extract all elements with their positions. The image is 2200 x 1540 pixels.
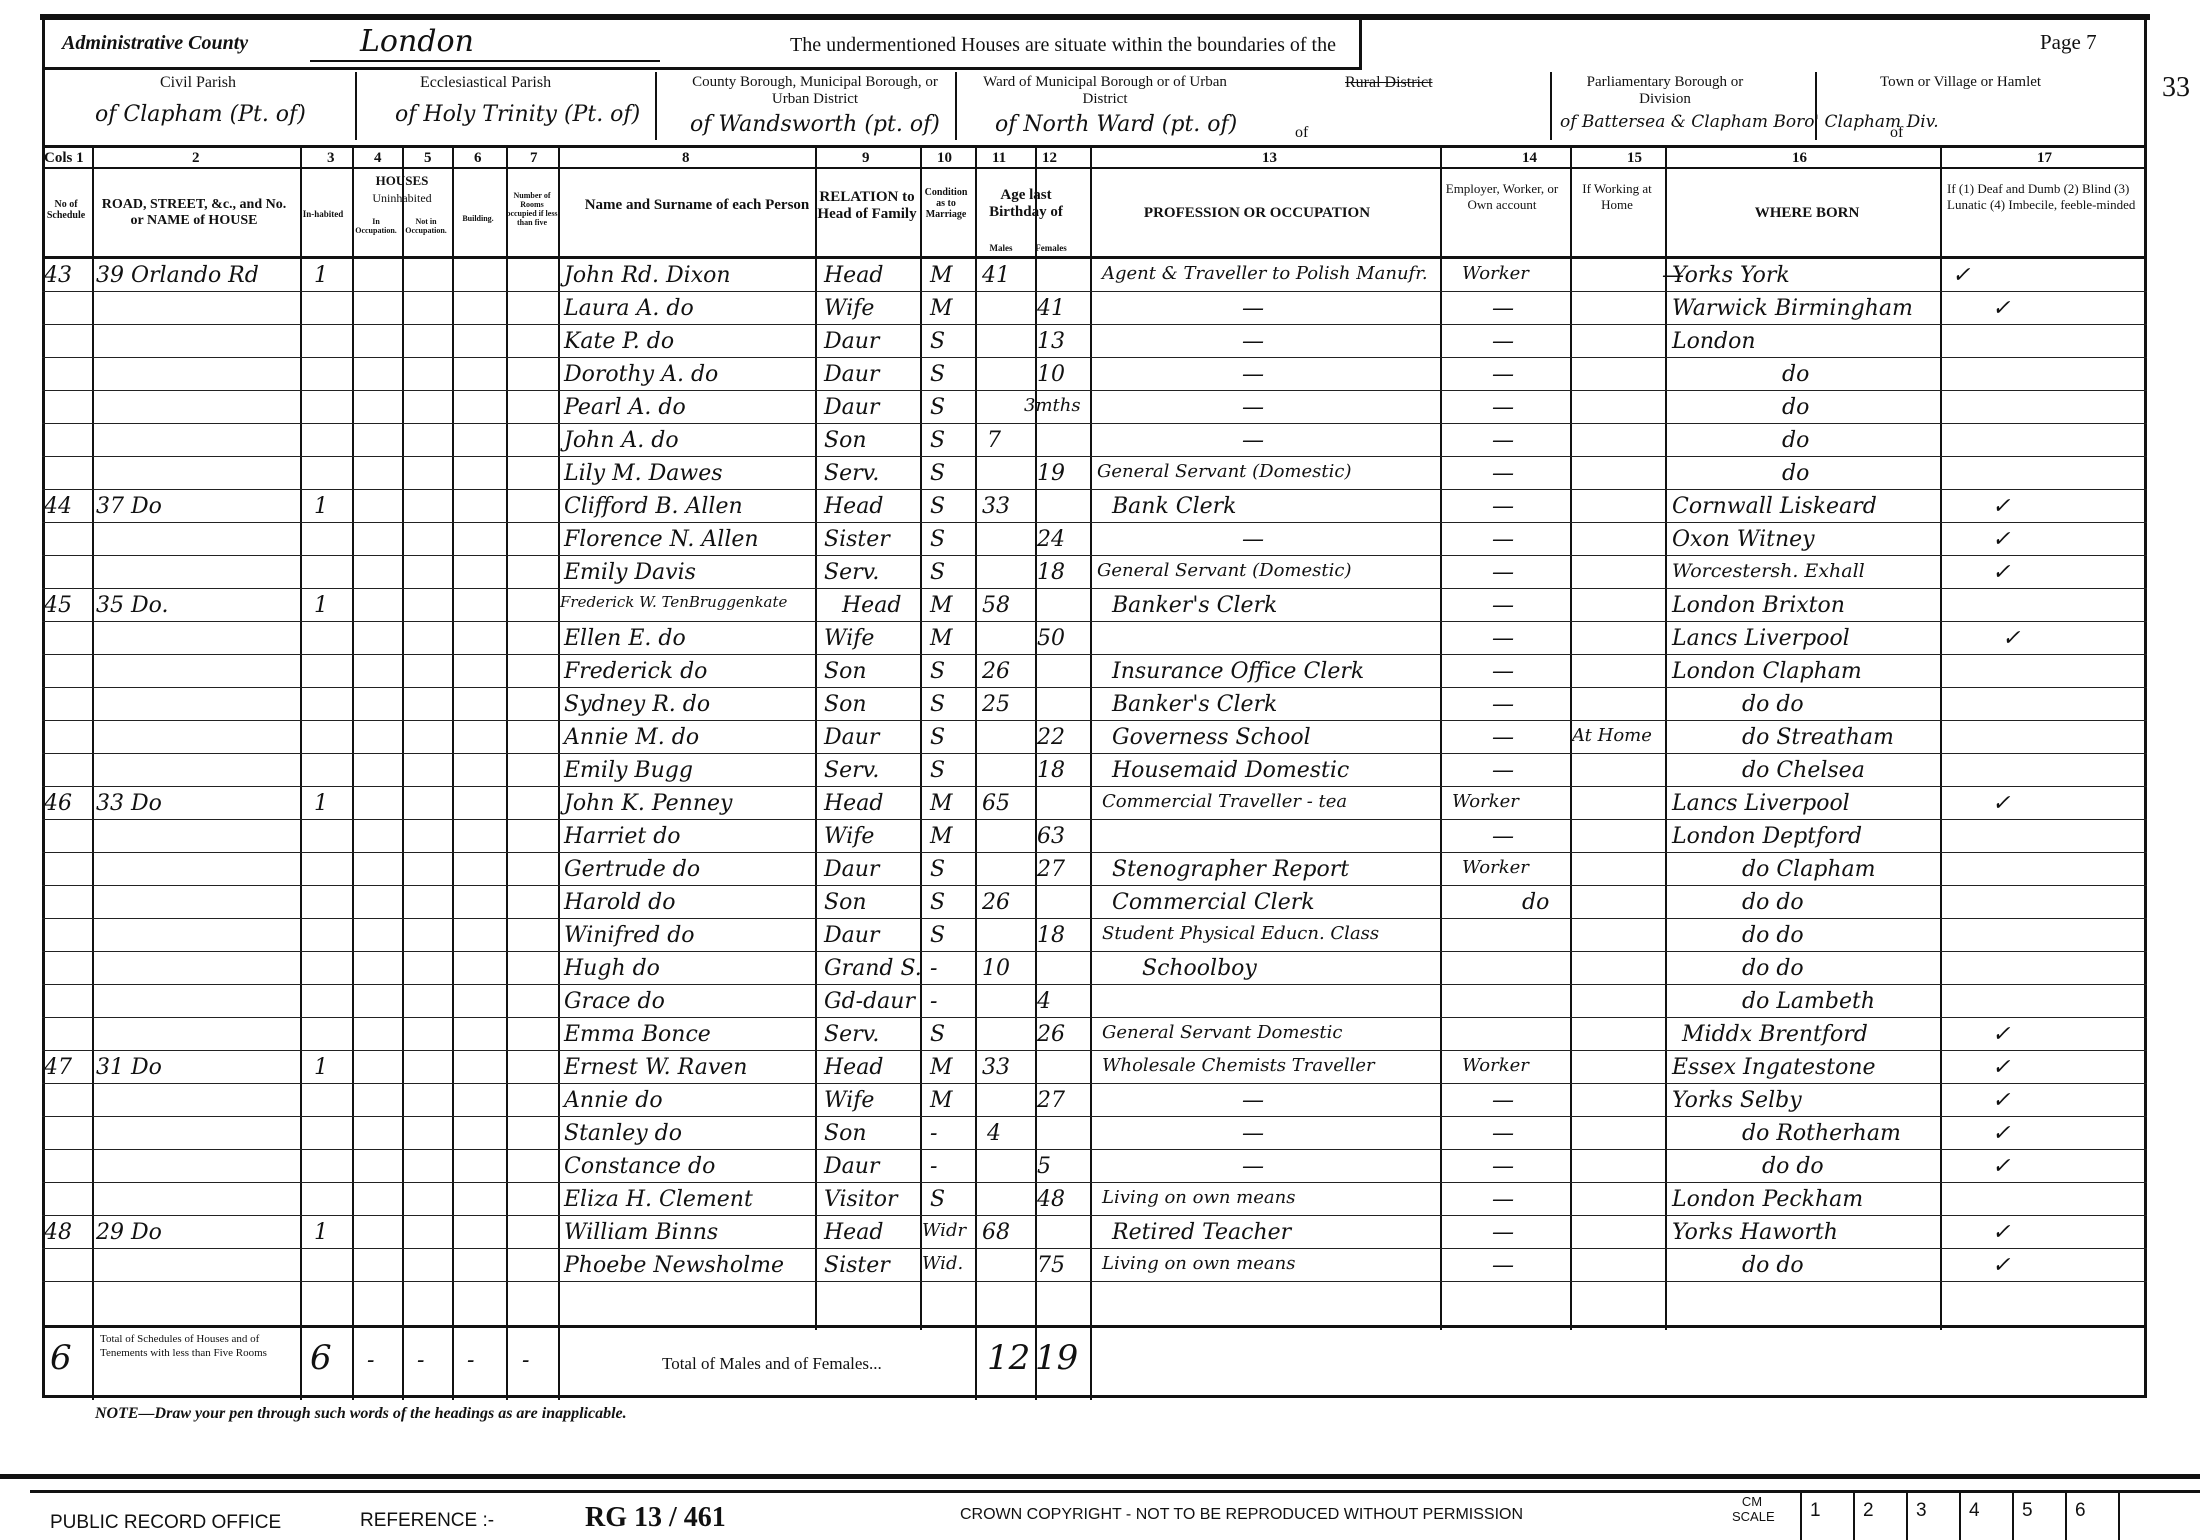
cell-text: 2	[1863, 1500, 1874, 1522]
cell-text: General Servant Domestic	[1102, 1022, 1342, 1043]
cell-text: —	[1492, 1220, 1514, 1245]
cell-text: 41	[1037, 296, 1065, 321]
cell-text: Frederick do	[564, 659, 707, 684]
cell-text: London Peckham	[1672, 1187, 1863, 1212]
cell-text: ✓	[1992, 1220, 2010, 1245]
cell-text: Insurance Office Clerk	[1112, 659, 1364, 684]
cell-text: —	[1242, 1121, 1264, 1146]
table-row: Eliza H. ClementVisitorS48Living on own …	[42, 1183, 2147, 1216]
cell-text: ✓	[1952, 263, 1970, 288]
cell-text: 65	[982, 791, 1010, 816]
ward-label: Ward of Municipal Borough or of Urban Di…	[975, 74, 1235, 108]
cell-text: -	[930, 989, 937, 1014]
cell-text: S	[930, 1187, 945, 1212]
cell-text: Worcestersh. Exhall	[1672, 560, 1865, 582]
cell-text: S	[930, 494, 945, 519]
cell-text: Harold do	[564, 890, 676, 915]
cell-text: 35 Do.	[96, 593, 168, 618]
cell-text: —	[1492, 1088, 1514, 1113]
table-row: Emma BonceServ.S26General Servant Domest…	[42, 1018, 2147, 1051]
cell-text: London	[1672, 329, 1756, 354]
parliamentary-value: of Battersea & Clapham Boro' Clapham Div…	[1560, 112, 1939, 132]
cell-text: do do	[1742, 923, 1804, 948]
cell-text: —	[1492, 593, 1514, 618]
cell-text: 44	[44, 494, 72, 519]
cell-text: 63	[1037, 824, 1065, 849]
col-infirmity: If (1) Deaf and Dumb (2) Blind (3) Lunat…	[1947, 181, 2137, 213]
cell-text: Head	[824, 791, 883, 816]
cell-text: Warwick Birmingham	[1672, 296, 1913, 321]
cell-text: John Rd. Dixon	[564, 263, 731, 288]
cell-text: Pearl A. do	[564, 395, 686, 420]
cell-text: do Clapham	[1742, 857, 1876, 882]
cell-text: M	[930, 593, 953, 618]
cell-text: 1	[314, 1055, 328, 1080]
cell-text: -	[522, 1348, 529, 1373]
table-row: Constance doDaur-5——do do✓	[42, 1150, 2147, 1183]
cell-text: —	[1492, 1253, 1514, 1278]
cell-text: 33	[982, 494, 1010, 519]
cell-text: Serv.	[824, 1022, 879, 1047]
cell-text: Wholesale Chemists Traveller	[1102, 1055, 1375, 1076]
col-inhabited: In-habited	[298, 209, 348, 219]
cell-text: Frederick W. TenBruggenkate	[560, 593, 787, 611]
cell-text: 3	[1916, 1500, 1927, 1522]
cell-text: Sister	[824, 527, 890, 552]
table-row: Florence N. AllenSisterS24——Oxon Witney✓	[42, 523, 2147, 556]
cell-text: 4	[1037, 989, 1051, 1014]
cell-text: ✓	[1992, 296, 2010, 321]
table-row: 4633 Do1John K. PenneyHeadM65Commercial …	[42, 787, 2147, 820]
cell-text: Harriet do	[564, 824, 681, 849]
footer-rule	[0, 1474, 2200, 1479]
borough-value: of Wandsworth (pt. of)	[690, 112, 940, 137]
cell-text: —	[1242, 527, 1264, 552]
page-number: Page 7	[2040, 30, 2097, 55]
total-males: 12	[987, 1338, 1030, 1378]
cell-text: Widr	[922, 1220, 966, 1241]
table-row: Emily DavisServ.S18General Servant (Dome…	[42, 556, 2147, 589]
cell-text: do Chelsea	[1742, 758, 1865, 783]
cell-text: Daur	[824, 395, 879, 420]
cell-text: 1	[314, 1220, 328, 1245]
cell-text: —	[1492, 725, 1514, 750]
col-at-home: If Working at Home	[1572, 181, 1662, 213]
cell-text: —	[1492, 296, 1514, 321]
cell-text: ✓	[1992, 791, 2010, 816]
cell-text: Winifred do	[564, 923, 695, 948]
eccl-parish-label: Ecclesiastical Parish	[420, 74, 551, 92]
cell-text: Agent & Traveller to Polish Manufr.	[1102, 263, 1428, 284]
footer-office: PUBLIC RECORD OFFICE	[50, 1512, 281, 1534]
cell-text: 18	[1037, 560, 1065, 585]
cell-text: Sydney R. do	[564, 692, 710, 717]
cell-text: Daur	[824, 329, 879, 354]
cell-text: Ernest W. Raven	[564, 1055, 747, 1080]
cell-text: 19	[1037, 461, 1065, 486]
cell-text: 37 Do	[96, 494, 162, 519]
cell-text: —	[1492, 626, 1514, 651]
cell-text: Sister	[824, 1253, 890, 1278]
table-row: Gertrude doDaurS27Stenographer ReportWor…	[42, 853, 2147, 886]
cell-text: do do	[1762, 1154, 1824, 1179]
cell-text: Constance do	[564, 1154, 715, 1179]
cell-text: do	[1782, 362, 1809, 387]
note-text: NOTE—Draw your pen through such words of…	[95, 1405, 627, 1423]
table-row: Laura A. doWifeM41——Warwick Birmingham✓	[42, 292, 2147, 325]
col-condition: Condition as to Marriage	[922, 187, 970, 220]
cell-text: Living on own means	[1102, 1187, 1295, 1208]
cell-text: 5	[424, 150, 432, 167]
cell-text: Lancs Liverpool	[1672, 626, 1850, 651]
side-number: 33	[2162, 72, 2190, 104]
cell-text: S	[930, 857, 945, 882]
cell-text: Head	[824, 263, 883, 288]
cell-text: 1	[1810, 1500, 1821, 1522]
cell-text: 26	[982, 659, 1010, 684]
cell-text: Wife	[824, 824, 874, 849]
col-building: Building.	[452, 214, 504, 223]
cell-text: Oxon Witney	[1672, 527, 1815, 552]
total-schedules: 6	[50, 1338, 72, 1378]
cell-text: —	[1492, 1187, 1514, 1212]
table-row: Stanley doSon-4——do Rotherham✓	[42, 1117, 2147, 1150]
cell-text: 10	[1037, 362, 1065, 387]
cell-text: S	[930, 395, 945, 420]
cell-text: Wife	[824, 626, 874, 651]
cell-text: Yorks Selby	[1672, 1088, 1802, 1113]
cell-text: 1	[314, 593, 328, 618]
cell-text: Stanley do	[564, 1121, 682, 1146]
cell-text: 18	[1037, 923, 1065, 948]
cell-text: 75	[1037, 1253, 1065, 1278]
cell-text: 1	[314, 263, 328, 288]
cell-text: Son	[824, 692, 867, 717]
table-row: Lily M. DawesServ.S19General Servant (Do…	[42, 457, 2147, 490]
cell-text: Wid.	[922, 1253, 963, 1274]
cell-text: M	[930, 791, 953, 816]
cell-text: —	[1492, 329, 1514, 354]
cell-text: 45	[44, 593, 72, 618]
cell-text: ✓	[1992, 1088, 2010, 1113]
cell-text: 10	[937, 150, 952, 167]
cell-text: M	[930, 1088, 953, 1113]
cell-text: Annie M. do	[564, 725, 699, 750]
cell-text: At Home	[1572, 725, 1652, 746]
cell-text: Head	[824, 494, 883, 519]
cell-text: Worker	[1452, 791, 1519, 812]
cell-text: Daur	[824, 1154, 879, 1179]
table-row: Kate P. doDaurS13——London	[42, 325, 2147, 358]
cell-text: 7	[987, 428, 1001, 453]
admin-county-value: London	[360, 24, 474, 59]
cell-text: 3	[327, 150, 335, 167]
cell-text: Bank Clerk	[1112, 494, 1237, 519]
cell-text: Son	[824, 659, 867, 684]
cell-text: 6	[2075, 1500, 2086, 1522]
cell-text: 1	[314, 494, 328, 519]
eccl-parish-value: of Holy Trinity (Pt. of)	[395, 102, 640, 127]
col-name: Name and Surname of each Person	[582, 197, 812, 214]
cell-text: M	[930, 1055, 953, 1080]
cell-text: M	[930, 824, 953, 849]
cell-text: Commercial Clerk	[1112, 890, 1315, 915]
cell-text: —	[1492, 758, 1514, 783]
cell-text: Banker's Clerk	[1112, 593, 1277, 618]
cell-text: do Rotherham	[1742, 1121, 1901, 1146]
cell-text: 10	[982, 956, 1010, 981]
cell-text: 5	[2022, 1500, 2033, 1522]
cell-text: ✓	[1992, 1253, 2010, 1278]
cell-text: Gertrude do	[564, 857, 700, 882]
cell-text: —	[1242, 296, 1264, 321]
cell-text: Worker	[1462, 1055, 1529, 1076]
cell-text: —	[1242, 1154, 1264, 1179]
footer-reference: RG 13 / 461	[585, 1502, 726, 1534]
admin-county-underline	[310, 60, 660, 62]
cell-text: ✓	[1992, 1055, 2010, 1080]
cell-text: 26	[982, 890, 1010, 915]
cell-text: Living on own means	[1102, 1253, 1295, 1274]
cell-text: M	[930, 263, 953, 288]
cell-text: do Lambeth	[1742, 989, 1875, 1014]
cell-text: 68	[982, 1220, 1010, 1245]
cell-text: Emily Davis	[564, 560, 696, 585]
cell-text: S	[930, 428, 945, 453]
col-in-occupation: In Occupation.	[352, 217, 400, 235]
cell-text: 14	[1522, 150, 1537, 167]
table-row: 4339 Orlando Rd1John Rd. DixonHeadM41Age…	[42, 259, 2147, 292]
cell-text: 24	[1037, 527, 1065, 552]
cell-text: Schoolboy	[1142, 956, 1257, 981]
cell-text: William Binns	[564, 1220, 718, 1245]
rural-district-value: of	[1295, 124, 1308, 142]
rural-district-label: Rural District	[1345, 74, 1433, 92]
cell-text: Ellen E. do	[564, 626, 686, 651]
cell-text: Emily Bugg	[564, 758, 693, 783]
table-row: 4731 Do1Ernest W. RavenHeadM33Wholesale …	[42, 1051, 2147, 1084]
table-row: Harold doSonS26Commercial Clerkdodo do	[42, 886, 2147, 919]
cell-text: 18	[1037, 758, 1065, 783]
ward-value: of North Ward (pt. of)	[995, 112, 1237, 137]
cell-text: Governess School	[1112, 725, 1311, 750]
cell-text: Yorks York	[1672, 263, 1790, 288]
cell-text: 3mths	[1024, 395, 1081, 416]
cell-text: ✓	[1992, 560, 2010, 585]
cell-text: 5	[1037, 1154, 1051, 1179]
cell-text: M	[930, 296, 953, 321]
cell-text: 25	[982, 692, 1010, 717]
cell-text: —	[1492, 494, 1514, 519]
cell-text: 11	[992, 150, 1006, 167]
cell-text: 27	[1037, 857, 1065, 882]
table-row: Ellen E. doWifeM50—Lancs Liverpool✓	[42, 622, 2147, 655]
cell-text: Grace do	[564, 989, 665, 1014]
cell-text: S	[930, 527, 945, 552]
cell-text: —	[1492, 428, 1514, 453]
cell-text: 13	[1037, 329, 1065, 354]
table-row: Hugh doGrand S.-10Schoolboydo do	[42, 952, 2147, 985]
cell-text: Serv.	[824, 461, 879, 486]
cell-text: -	[417, 1348, 424, 1373]
cell-text: Yorks Haworth	[1672, 1220, 1838, 1245]
cell-text: Son	[824, 428, 867, 453]
cell-text: —	[1492, 527, 1514, 552]
cell-text: London Clapham	[1672, 659, 1862, 684]
cell-text: 1	[314, 791, 328, 816]
borough-label: County Borough, Municipal Borough, or Ur…	[685, 74, 945, 108]
civil-parish-label: Civil Parish	[160, 74, 236, 92]
col-where-born: WHERE BORN	[1667, 205, 1947, 222]
cell-text: ✓	[2002, 626, 2020, 651]
col-road: ROAD, STREET, &c., and No. or NAME of HO…	[94, 197, 294, 229]
cell-text: 16	[1792, 150, 1807, 167]
cell-text: Lily M. Dawes	[564, 461, 723, 486]
cell-text: 26	[1037, 1022, 1065, 1047]
totals-mf-label: Total of Males and of Females...	[662, 1354, 882, 1374]
table-row: Annie doWifeM27——Yorks Selby✓	[42, 1084, 2147, 1117]
cell-text: —	[1492, 659, 1514, 684]
cell-text: —	[1492, 1121, 1514, 1146]
col-occupation: PROFESSION OR OCCUPATION	[1092, 205, 1422, 222]
cell-text: —	[1242, 1088, 1264, 1113]
cell-text: —	[1242, 395, 1264, 420]
col-schedule: No of Schedule	[42, 199, 90, 221]
table-row: Annie M. doDaurS22Governess School—At Ho…	[42, 721, 2147, 754]
col-not-in-occupation: Not in Occupation.	[402, 217, 450, 235]
cell-text: Head	[824, 1055, 883, 1080]
cell-text: 29 Do	[96, 1220, 162, 1245]
col-relation: RELATION to Head of Family	[817, 189, 917, 223]
cell-text: S	[930, 329, 945, 354]
cell-text: London Deptford	[1672, 824, 1862, 849]
cell-text: do Streatham	[1742, 725, 1894, 750]
cell-text: Son	[824, 1121, 867, 1146]
cell-text: Hugh do	[564, 956, 660, 981]
cell-text: John K. Penney	[564, 791, 732, 816]
cell-text: 58	[982, 593, 1010, 618]
table-row: Harriet doWifeM63—London Deptford	[42, 820, 2147, 853]
table-row: Emily BuggServ.S18Housemaid Domestic—do …	[42, 754, 2147, 787]
cell-text: Lancs Liverpool	[1672, 791, 1850, 816]
cell-text: ✓	[1992, 1154, 2010, 1179]
cell-text: —	[1492, 1154, 1514, 1179]
town-value: of	[1890, 124, 1903, 142]
cell-text: Daur	[824, 857, 879, 882]
totals-label: Total of Schedules of Houses and of Tene…	[100, 1332, 290, 1360]
cell-text: M	[930, 626, 953, 651]
cell-text: Wife	[824, 296, 874, 321]
cell-text: S	[930, 560, 945, 585]
cell-text: Kate P. do	[564, 329, 674, 354]
cell-text: Retired Teacher	[1112, 1220, 1291, 1245]
cell-text: -	[367, 1348, 374, 1373]
cell-text: Worker	[1462, 263, 1529, 284]
cell-text: do	[1782, 395, 1809, 420]
cell-text: London Brixton	[1672, 593, 1845, 618]
cell-text: 33 Do	[96, 791, 162, 816]
cell-text: —	[1492, 362, 1514, 387]
footer-reference-label: REFERENCE :-	[360, 1510, 494, 1532]
cell-text: Head	[842, 593, 901, 618]
cell-text: Gd-daur	[824, 989, 915, 1014]
cell-text: Commercial Traveller - tea	[1102, 791, 1347, 812]
cell-text: 27	[1037, 1088, 1065, 1113]
cell-text: Banker's Clerk	[1112, 692, 1277, 717]
cell-text: General Servant (Domestic)	[1097, 461, 1351, 482]
cell-text: 15	[1627, 150, 1642, 167]
cell-text: S	[930, 758, 945, 783]
cell-text: 22	[1037, 725, 1065, 750]
cell-text: -	[930, 956, 937, 981]
cell-text: Wife	[824, 1088, 874, 1113]
cell-text: -	[467, 1348, 474, 1373]
cell-text: 12	[1042, 150, 1057, 167]
col-age: Age last Birthday of	[977, 187, 1075, 221]
cell-text: Cols 1	[44, 150, 84, 167]
cell-text: Daur	[824, 923, 879, 948]
cell-text: S	[930, 692, 945, 717]
cell-text: —	[1492, 395, 1514, 420]
cell-text: S	[930, 362, 945, 387]
cell-text: 39 Orlando Rd	[96, 263, 259, 288]
table-row: 4829 Do1William BinnsHeadWidr68Retired T…	[42, 1216, 2147, 1249]
footer-rule-2	[30, 1490, 2200, 1493]
table-row: 4535 Do.1Frederick W. TenBruggenkateHead…	[42, 589, 2147, 622]
cell-text: Dorothy A. do	[564, 362, 718, 387]
cell-text: Son	[824, 890, 867, 915]
cell-text: Housemaid Domestic	[1112, 758, 1349, 783]
cell-text: S	[930, 461, 945, 486]
table-row: Frederick doSonS26Insurance Office Clerk…	[42, 655, 2147, 688]
cell-text: Laura A. do	[564, 296, 694, 321]
column-headers: No of Schedule ROAD, STREET, &c., and No…	[42, 169, 2147, 259]
cell-text: S	[930, 725, 945, 750]
admin-county-label: Administrative County	[62, 32, 248, 55]
cell-text: —	[1492, 824, 1514, 849]
cell-text: 43	[44, 263, 72, 288]
cell-text: 4	[1969, 1500, 1980, 1522]
town-label: Town or Village or Hamlet	[1880, 74, 2041, 91]
table-row: Pearl A. doDaurS3mths——do	[42, 391, 2147, 424]
parliamentary-label: Parliamentary Borough or Division	[1580, 74, 1750, 108]
cell-text: Daur	[824, 362, 879, 387]
cell-text: do	[1522, 890, 1549, 915]
cell-text: Clifford B. Allen	[564, 494, 743, 519]
cell-text: 50	[1037, 626, 1065, 651]
cell-text: 13	[1262, 150, 1277, 167]
cell-text: 17	[2037, 150, 2052, 167]
cell-text: —	[1492, 560, 1514, 585]
cell-text: S	[930, 1022, 945, 1047]
cell-text: Cornwall Liskeard	[1672, 494, 1877, 519]
table-row: Phoebe NewsholmeSisterWid.75Living on ow…	[42, 1249, 2147, 1282]
cell-text: 48	[44, 1220, 72, 1245]
cell-text: -	[930, 1154, 937, 1179]
cell-text: 6	[474, 150, 482, 167]
cell-text: 41	[982, 263, 1010, 288]
cell-text: —	[1242, 428, 1264, 453]
cell-text: 9	[862, 150, 870, 167]
cell-text: 46	[44, 791, 72, 816]
cell-text: 33	[982, 1055, 1010, 1080]
cell-text: —	[1492, 692, 1514, 717]
cell-text: Annie do	[564, 1088, 663, 1113]
cell-text: do do	[1742, 1253, 1804, 1278]
cell-text: do	[1782, 461, 1809, 486]
cell-text: ✓	[1992, 1121, 2010, 1146]
cell-text: 31 Do	[96, 1055, 162, 1080]
